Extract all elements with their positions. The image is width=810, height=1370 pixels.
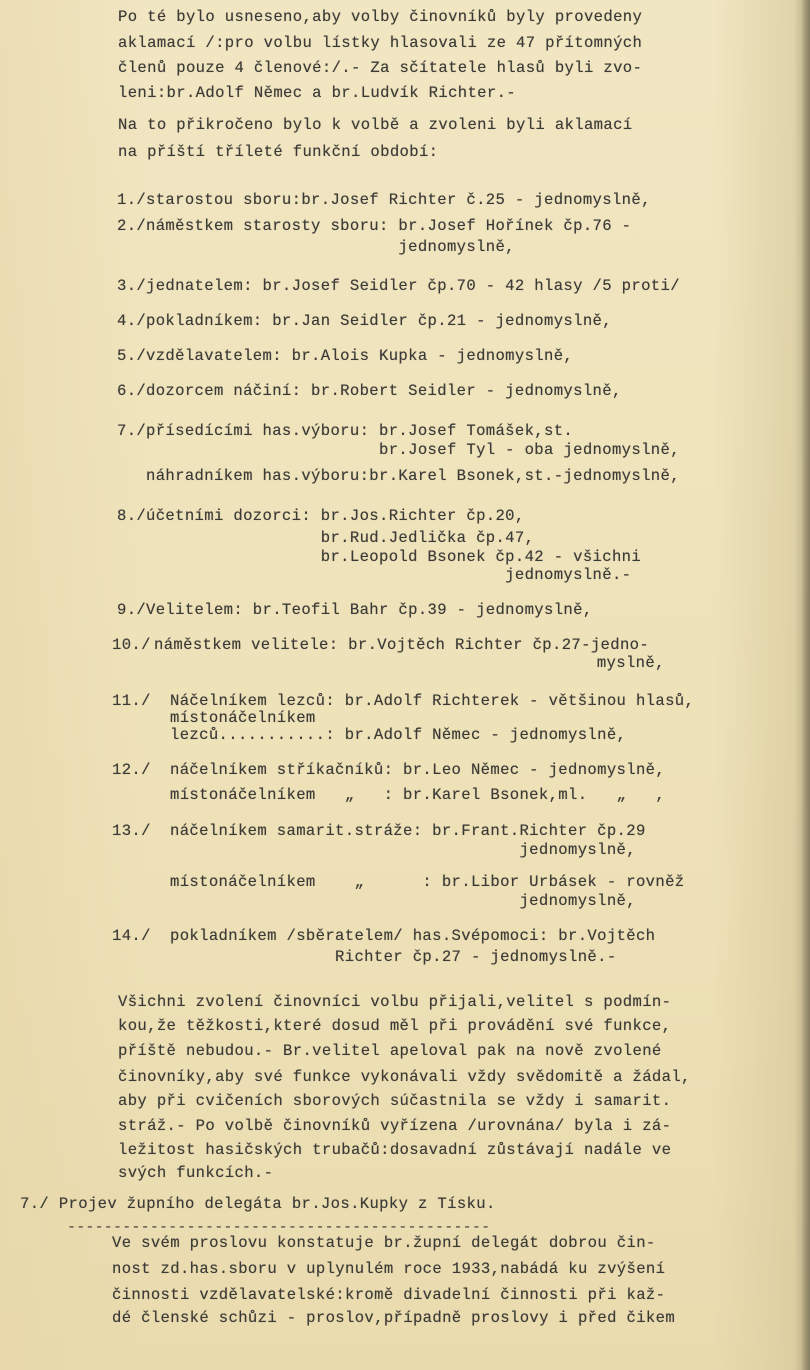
election-number: 10./ <box>112 636 151 654</box>
election-number: 11./ <box>112 692 151 710</box>
election-number: 9./ <box>117 601 146 619</box>
election-line: br.Josef Tyl - oba jednomyslně, <box>146 441 680 459</box>
election-line: pokladníkem /sběratelem/ has.Svépomoci: … <box>170 927 655 945</box>
section-heading: 7./ Projev župního delegáta br.Jos.Kupky… <box>20 1195 496 1213</box>
closing-line: svých funkcích.- <box>118 1164 273 1182</box>
election-line: dozorcem náčiní: br.Robert Seidler - jed… <box>146 382 622 400</box>
election-line: jednomyslně, <box>170 892 636 910</box>
election-line: pokladníkem: br.Jan Seidler čp.21 - jedn… <box>146 312 612 330</box>
intro-line: Po té bylo usneseno,aby volby činovníků … <box>118 8 642 26</box>
election-number: 6./ <box>117 382 146 400</box>
election-line: jednomyslně, <box>170 841 636 859</box>
closing-line: aby při cvičeních sborových súčastnila s… <box>118 1092 671 1110</box>
election-number: 7./ <box>117 422 146 440</box>
election-line: lezců...........: br.Adolf Němec - jedno… <box>170 726 626 744</box>
section-body-line: nost zd.has.sboru v uplynulém roce 1933,… <box>112 1260 665 1278</box>
section-body-line: činnosti vzdělavatelské:kromě divadelní … <box>112 1286 665 1304</box>
election-number: 1./ <box>117 191 146 209</box>
election-number: 2./ <box>117 217 146 235</box>
election-number: 12./ <box>112 761 151 779</box>
election-line: Richter čp.27 - jednomyslně.- <box>170 948 617 966</box>
election-line: místonáčelníkem „ : br.Karel Bsonek,ml. … <box>170 786 665 804</box>
election-line: myslně, <box>160 654 665 672</box>
election-line: náhradníkem has.výboru:br.Karel Bsonek,s… <box>146 467 680 485</box>
election-intro-line: na příští tříleté funkční období: <box>118 143 438 161</box>
closing-line: činovníky,aby své funkce vykonávali vždy… <box>118 1068 691 1086</box>
intro-line: aklamací /:pro volbu lístky hlasovali ze… <box>118 34 642 52</box>
section-body-line: dé členské schůzi - proslov,případně pro… <box>112 1309 675 1327</box>
election-number: 13./ <box>112 822 151 840</box>
closing-line: příště nebudou.- Br.velitel apeloval pak… <box>118 1042 662 1060</box>
election-number: 14./ <box>112 927 151 945</box>
election-line: vzdělavatelem: br.Alois Kupka - jednomys… <box>146 347 573 365</box>
election-line: br.Rud.Jedlička čp.47, <box>146 529 534 547</box>
intro-line: leni:br.Adolf Němec a br.Ludvík Richter.… <box>118 84 516 102</box>
election-line: náčelníkem samarit.stráže: br.Frant.Rich… <box>170 822 646 840</box>
election-number: 4./ <box>117 312 146 330</box>
section-underline: ----------------------------------------… <box>67 1223 490 1233</box>
election-line: místonáčelníkem <box>170 709 316 727</box>
closing-line: stráž.- Po volbě činovníků vyřízena /uro… <box>118 1117 671 1135</box>
closing-line: Všichni zvolení činovníci volbu přijali,… <box>118 993 671 1011</box>
election-line: místonáčelníkem „ : br.Libor Urbásek - r… <box>170 873 685 891</box>
election-intro-line: Na to přikročeno bylo k volbě a zvoleni … <box>118 116 633 134</box>
closing-line: kou,že těžkosti,které dosud měl při prov… <box>118 1017 671 1035</box>
intro-line: členů pouze 4 členové:/.- Za sčítatele h… <box>118 59 642 77</box>
election-line: br.Leopold Bsonek čp.42 - všichni <box>146 548 641 566</box>
election-line: náčelníkem stříkačníků: br.Leo Němec - j… <box>170 761 665 779</box>
election-number: 5./ <box>117 347 146 365</box>
election-line: jednomyslně, <box>146 238 515 256</box>
election-line: jednomyslně.- <box>146 566 631 584</box>
election-line: starostou sboru:br.Josef Richter č.25 - … <box>146 191 651 209</box>
election-line: náměstkem starosty sboru: br.Josef Hořín… <box>146 217 631 235</box>
closing-line: ležitost hasičských trubačů:dosavadní zů… <box>118 1141 671 1159</box>
election-line: Velitelem: br.Teofil Bahr čp.39 - jednom… <box>146 601 593 619</box>
election-line: účetními dozorci: br.Jos.Richter čp.20, <box>146 507 525 525</box>
election-line: náměstkem velitele: br.Vojtěch Richter č… <box>154 636 649 654</box>
election-line: jednatelem: br.Josef Seidler čp.70 - 42 … <box>146 277 680 295</box>
election-line: přísedícími has.výboru: br.Josef Tomášek… <box>146 422 573 440</box>
election-number: 8./ <box>117 507 146 525</box>
section-body-line: Ve svém proslovu konstatuje br.župní del… <box>112 1234 656 1252</box>
election-line: Náčelníkem lezců: br.Adolf Richterek - v… <box>170 692 694 710</box>
election-number: 3./ <box>117 277 146 295</box>
page-edge <box>802 0 810 1370</box>
